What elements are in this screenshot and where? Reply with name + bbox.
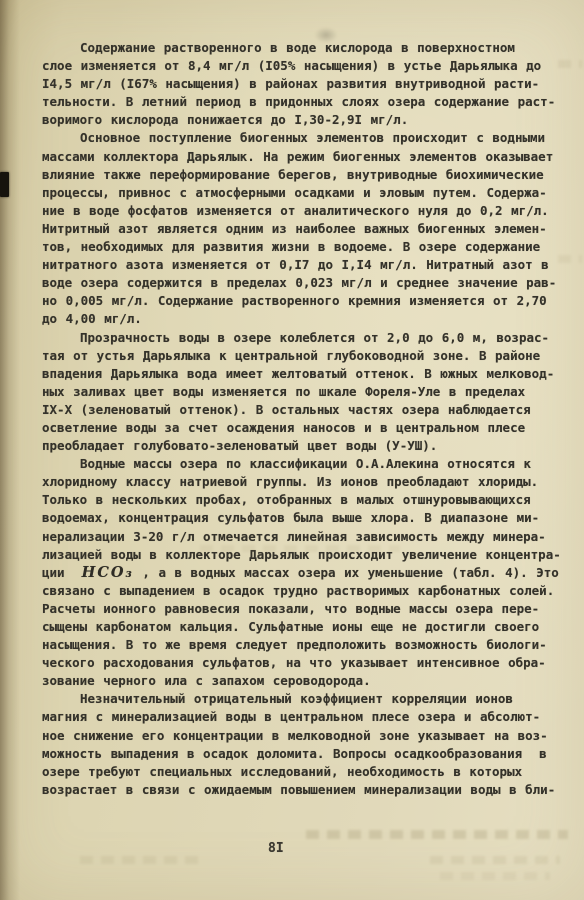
bleed-through-mark: [558, 255, 582, 263]
text-line: нерализации 3-20 г/л отмечается линейная…: [42, 528, 564, 546]
text-line: связано с выпадением в осадок трудно рас…: [42, 582, 564, 600]
text-line: тов, необходимых для развития жизни в во…: [42, 238, 564, 256]
text-line: тельности. В летний период в придонных с…: [42, 93, 564, 111]
text-line: воримого кислорода понижается до I,30-2,…: [42, 111, 564, 129]
text-line: воде озера содержится в пределах 0,023 м…: [42, 274, 564, 292]
text-line: Расчеты ионного равновесия показали, что…: [42, 600, 564, 618]
text-line: зование черного ила с запахом сероводоро…: [42, 672, 564, 690]
bleed-through-mark: [440, 872, 550, 880]
text-line: Нитритный азот является одним из наиболе…: [42, 220, 564, 238]
text-line: озере требуют специальных исследований, …: [42, 763, 564, 781]
text-block: Содержание растворенного в воде кислород…: [42, 39, 564, 799]
text-line: ное снижение его концентрации в мелковод…: [42, 727, 564, 745]
hco3-formula: НСО₃: [82, 564, 134, 581]
text-line: преобладает голубовато-зеленоватый цвет …: [42, 437, 564, 455]
bleed-through-mark: [200, 545, 400, 552]
text-line: Прозрачность воды в озере колеблется от …: [42, 329, 564, 347]
text-line: I4,5 мг/л (I67% насыщения) в районах раз…: [42, 75, 564, 93]
text-line: ческого расходования сульфатов, на что у…: [42, 654, 564, 672]
text-line: можность выпадения в осадок доломита. Во…: [42, 745, 564, 763]
text-line: Только в нескольких пробах, отобранных в…: [42, 491, 564, 509]
text-line: но 0,005 мг/л. Содержание растворенного …: [42, 292, 564, 310]
bleed-through-mark: [306, 830, 568, 839]
text-line: ние в воде фосфатов изменяется от аналит…: [42, 202, 564, 220]
text-line: слое изменяется от 8,4 мг/л (I05% насыще…: [42, 57, 564, 75]
binding-mark: [0, 172, 9, 197]
page-number: 8I: [268, 841, 284, 856]
text-line: осветление воды за счет осаждения наносо…: [42, 419, 564, 437]
text-line: IX-X (зеленоватый оттенок). В остальных …: [42, 401, 564, 419]
text-line: Незначительный отрицательный коэффициент…: [42, 690, 564, 708]
text-line: сыщены карбонатом кальция. Сульфатные ио…: [42, 618, 564, 636]
text-line: впадения Дарьялыка вода имеет желтоватый…: [42, 365, 564, 383]
bleed-through-mark: [558, 60, 582, 68]
text-line: магния с минерализацией воды в центральн…: [42, 708, 564, 726]
bleed-through-mark: [430, 856, 560, 864]
text-line: ции НСО₃ , а в водных массах озера их ум…: [42, 564, 564, 582]
text-line: до 4,00 мг/л.: [42, 310, 564, 328]
text-line: насыщения. В то же время следует предпол…: [42, 636, 564, 654]
text-line: Содержание растворенного в воде кислород…: [42, 39, 564, 57]
text-line: нитратного азота изменяется от 0,I7 до I…: [42, 256, 564, 274]
text-line: водоемах, концентрация сульфатов была вы…: [42, 509, 564, 527]
text-line: массами коллектора Дарьялык. На режим би…: [42, 148, 564, 166]
bleed-through-mark: [80, 856, 200, 864]
text-line: хлоридному классу натриевой группы. Из и…: [42, 473, 564, 491]
page-edge-shadow: [0, 0, 20, 900]
text-line: влияние также переформирование берегов, …: [42, 166, 564, 184]
text-line: Основное поступление биогенных элементов…: [42, 129, 564, 147]
text-line: тая от устья Дарьялыка к центральной глу…: [42, 347, 564, 365]
text-line: возрастает в связи с ожидаемым повышение…: [42, 781, 564, 799]
text-line: процессы, привнос с атмосферными осадкам…: [42, 184, 564, 202]
text-line: ных заливах цвет воды изменяется по шкал…: [42, 383, 564, 401]
text-line: Водные массы озера по классификации О.А.…: [42, 455, 564, 473]
scanned-book-page: Содержание растворенного в воде кислород…: [0, 0, 584, 900]
